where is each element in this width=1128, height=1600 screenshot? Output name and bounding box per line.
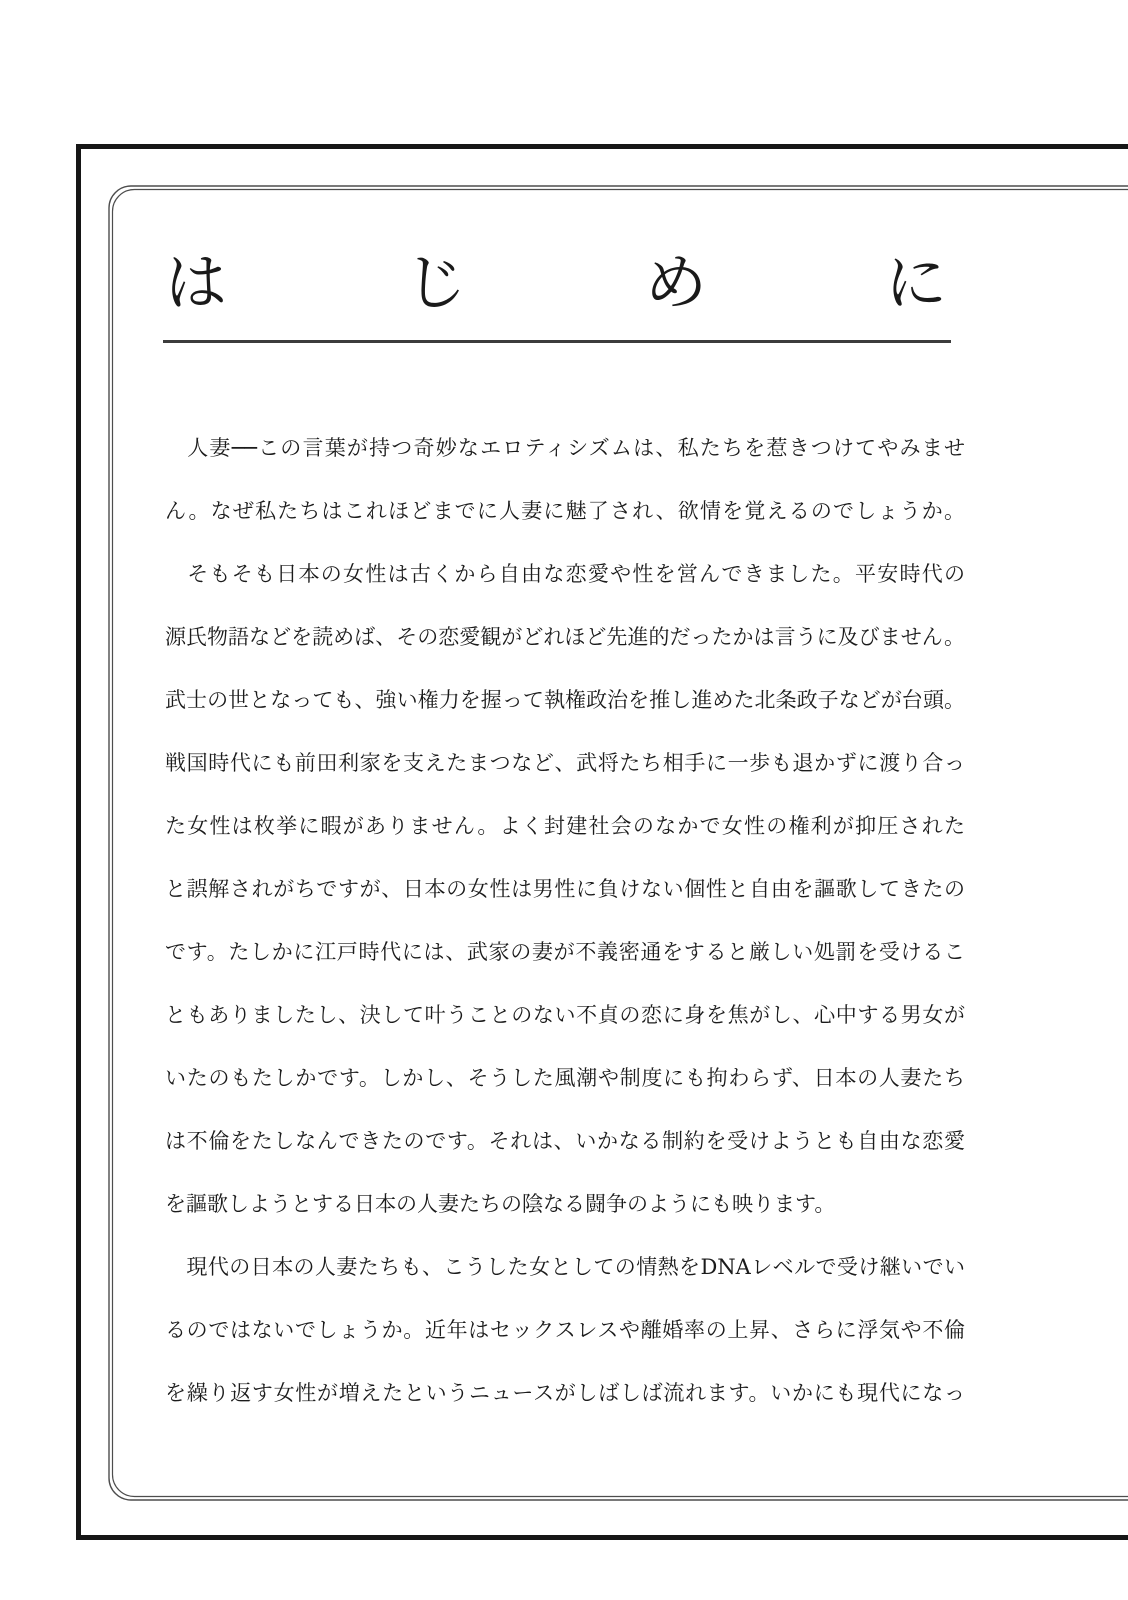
text-line: は不倫をたしなんできたのです。それは、いかなる制約を受けようとも自由な恋愛 xyxy=(165,1110,965,1173)
body-text: 人妻──この言葉が持つ奇妙なエロティシズムは、私たちを惹きつけてやみませ ん。な… xyxy=(165,417,965,1425)
text-line: 戦国時代にも前田利家を支えたまつなど、武将たち相手に一歩も退かずに渡り合っ xyxy=(165,732,965,795)
title-char: に xyxy=(885,247,947,318)
text-line: るのではないでしょうか。近年はセックスレスや離婚率の上昇、さらに浮気や不倫 xyxy=(165,1299,965,1362)
text-line: ん。なぜ私たちはこれほどまでに人妻に魅了され、欲情を覚えるのでしょうか。 xyxy=(165,480,965,543)
text-line: と誤解されがちですが、日本の女性は男性に負けない個性と自由を謳歌してきたの xyxy=(165,858,965,921)
paragraph: 現代の日本の人妻たちも、こうした女としての情熱をDNAレベルで受け継いでい るの… xyxy=(165,1236,965,1425)
text-line: そもそも日本の女性は古くから自由な恋愛や性を営んできました。平安時代の xyxy=(165,543,965,606)
text-line: を謳歌しようとする日本の人妻たちの陰なる闘争のようにも映ります。 xyxy=(165,1173,965,1236)
page-title: は じ め に xyxy=(165,247,947,318)
text-line: ともありましたし、決して叶うことのない不貞の恋に身を焦がし、心中する男女が xyxy=(165,984,965,1047)
text-line: 人妻──この言葉が持つ奇妙なエロティシズムは、私たちを惹きつけてやみませ xyxy=(165,417,965,480)
title-underline xyxy=(163,340,951,343)
text-line: です。たしかに江戸時代には、武家の妻が不義密通をすると厳しい処罰を受けるこ xyxy=(165,921,965,984)
text-line: 現代の日本の人妻たちも、こうした女としての情熱をDNAレベルで受け継いでい xyxy=(165,1236,965,1299)
book-page: { "page": { "kind": "book-introduction-p… xyxy=(0,0,1128,1600)
text-line: いたのもたしかです。しかし、そうした風潮や制度にも拘わらず、日本の人妻たち xyxy=(165,1047,965,1110)
title-char: じ xyxy=(405,247,467,318)
paragraph: そもそも日本の女性は古くから自由な恋愛や性を営んできました。平安時代の 源氏物語… xyxy=(165,543,965,1236)
text-line: た女性は枚挙に暇がありません。よく封建社会のなかで女性の権利が抑圧された xyxy=(165,795,965,858)
title-char: め xyxy=(645,247,707,318)
title-char: は xyxy=(165,247,227,318)
text-line: を繰り返す女性が増えたというニュースがしばしば流れます。いかにも現代になっ xyxy=(165,1362,965,1425)
paragraph: 人妻──この言葉が持つ奇妙なエロティシズムは、私たちを惹きつけてやみませ ん。な… xyxy=(165,417,965,543)
text-line: 源氏物語などを読めば、その恋愛観がどれほど先進的だったかは言うに及びません。 xyxy=(165,606,965,669)
text-line: 武士の世となっても、強い権力を握って執権政治を推し進めた北条政子などが台頭。 xyxy=(165,669,965,732)
